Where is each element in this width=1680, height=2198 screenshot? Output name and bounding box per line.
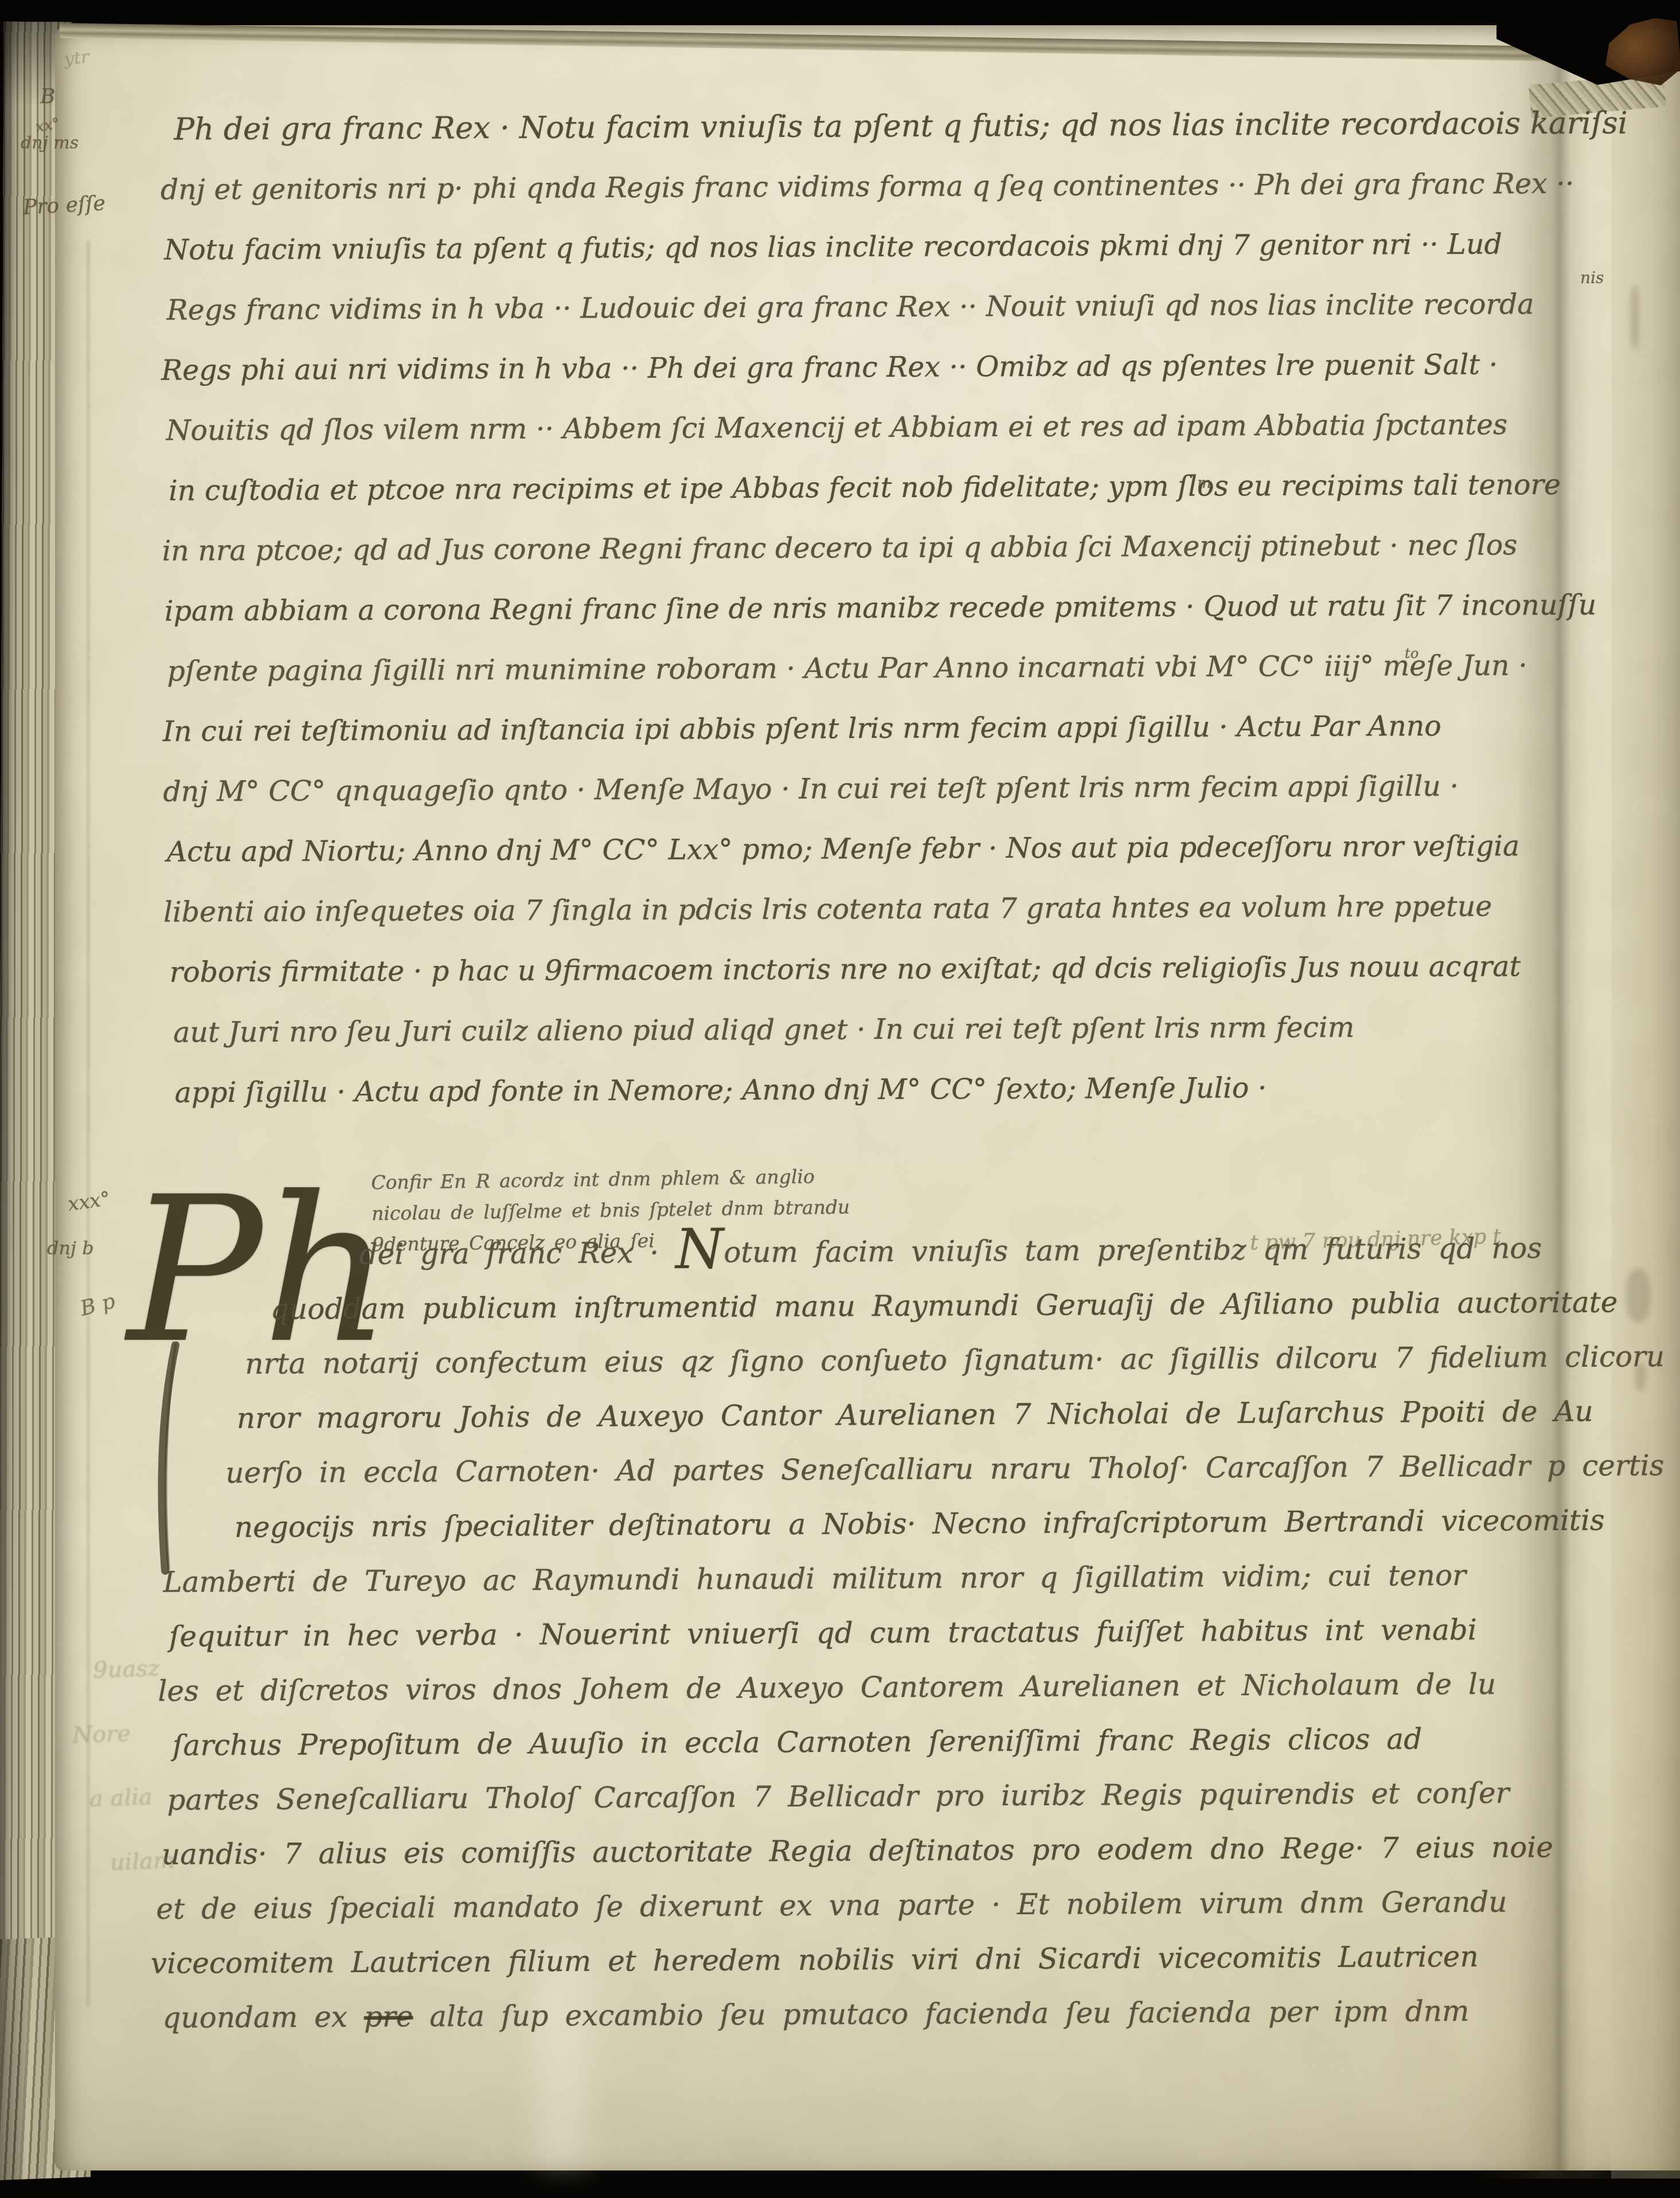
charter2-line: ſarchus Prepoſitum de Auuſio in eccla Ca… [173,1711,1629,1773]
charter2-line: et de eius ſpeciali mandato ſe dixerunt … [156,1874,1630,1936]
charter2-last-line: quondam ex pre alta ſup excambio ſeu pmu… [162,1983,1630,2045]
interlinear-superscript-to: to [1405,646,1419,662]
manuscript-photo: Ph dei gra franc Rex · Notu facim vniuſi… [0,0,1680,2198]
charter1-line: Notu facim vniuſis ta pſent q futis; qd … [164,214,1605,280]
faded-top-note: ytr [63,47,90,69]
collation-mark: dnj ms [21,133,79,153]
charter2-line: nror magroru Johis de Auxeyo Cantor Aure… [237,1384,1627,1446]
charter1-line: ipam abbiam a corona Regni franc ſine de… [165,575,1607,642]
charter2-line: quoddam publicum inſtrumentid manu Raymu… [271,1275,1627,1336]
charter2-line: uandis· 7 alius eis comiſſis auctoritate… [162,1820,1630,1882]
last-line-post: alta ſup excambio ſeu pmutaco facienda ſ… [413,1994,1469,2033]
charter2-line: ſequitur in hec verba · Nouerint vniuerſ… [169,1602,1628,1664]
charter1-text-block: Ph dei gra franc Rex · Notu facim vniuſi… [160,93,1609,1123]
struck-word: pre [364,2000,413,2033]
charter1-line: Nouitis qd ſlos vilem nrm ·· Abbem ſci M… [166,394,1606,461]
margin-note-pro: Pro eſſe [22,191,106,219]
charter1-line: libenti aio inſequetes oia 7 ſingla in p… [163,875,1608,942]
charter1-line: appi ſigillu · Actu apd fonte in Nemore;… [174,1056,1609,1123]
charter1-line: aut Juri nro ſeu Juri cuilz alieno piud … [173,996,1609,1062]
ghost-note: 9uasz [92,1636,169,1703]
ph-margin-note: dnj b [47,1237,94,1259]
last-line-pre: quondam ex [162,2000,364,2035]
charter1-line: in nra ptcoe; qd ad Jus corone Regni fra… [162,515,1607,581]
charter2-line: dei gra franc Rex · Notum facim vniuſis … [359,1221,1626,1282]
charter1-line: Regs franc vidims in h vba ·· Ludouic de… [166,274,1605,341]
charter2-line1-pre: dei gra franc Rex · [359,1236,659,1271]
ghost-note: a alia [88,1764,174,1831]
charter1-line: Regs phi aui nri vidims in h vba ·· Ph d… [161,334,1606,401]
charter1-line: Actu apd Niortu; Anno dnj M° CC° Lxx° pm… [167,815,1608,882]
ghost-note: Nore [71,1700,171,1767]
charter2-line: nrta notarij confectum eius qz ſigno con… [245,1329,1627,1391]
right-margin-smudge [1626,1269,1650,1322]
show-through-ghost-notes: 9uasz Nore a alia uilam [69,1636,176,1896]
charter2-line: les et diſcretos viros dnos Johem de Aux… [158,1656,1628,1718]
charter2-line: uerſo in eccla Carnoten· Ad partes Seneſ… [225,1438,1627,1500]
interlinear-superscript-m: m [1197,475,1212,492]
charter1-line: In cui rei teſtimoniu ad inſtancia ipi a… [163,695,1608,762]
charter1-line: roboris firmitate · p hac u 9firmacoem i… [170,936,1609,1002]
charter2-text-block: dei gra franc Rex · Notum facim vniuſis … [170,1221,1630,2045]
charter2-line: Lamberti de Tureyo ac Raymundi hunaudi m… [163,1547,1628,1609]
charter2-line1-rest: otum facim vniuſis tam preſentibz qm fut… [724,1231,1542,1269]
charter2-line: partes Seneſcalliaru Tholoſ Carcaſſon 7 … [167,1765,1629,1827]
charter2-large-n: N [675,1217,724,1281]
margin-letter-b: B [40,85,55,108]
charter2-line: negocijs nris ſpecialiter deſtinatoru a … [235,1493,1628,1555]
ghost-note: uilam [109,1828,176,1895]
charter2-line: vicecomitem Lautricen filium et heredem … [151,1929,1630,1991]
interlinear-superscript-nis: nis [1580,268,1604,287]
charter1-line: in cuſtodia et ptcoe nra recipims et ipe… [169,455,1607,521]
charter1-line: pſente pagina ſigilli nri munimine robor… [167,635,1607,702]
charter1-line: Ph dei gra franc Rex · Notu facim vniuſi… [174,93,1605,160]
charter1-line: dnj M° CC° qnquageſio qnto · Menſe Mayo … [163,755,1608,822]
right-margin-smudge [1630,285,1639,350]
charter1-line: dnj et genitoris nri p· phi qnda Regis f… [161,154,1605,220]
